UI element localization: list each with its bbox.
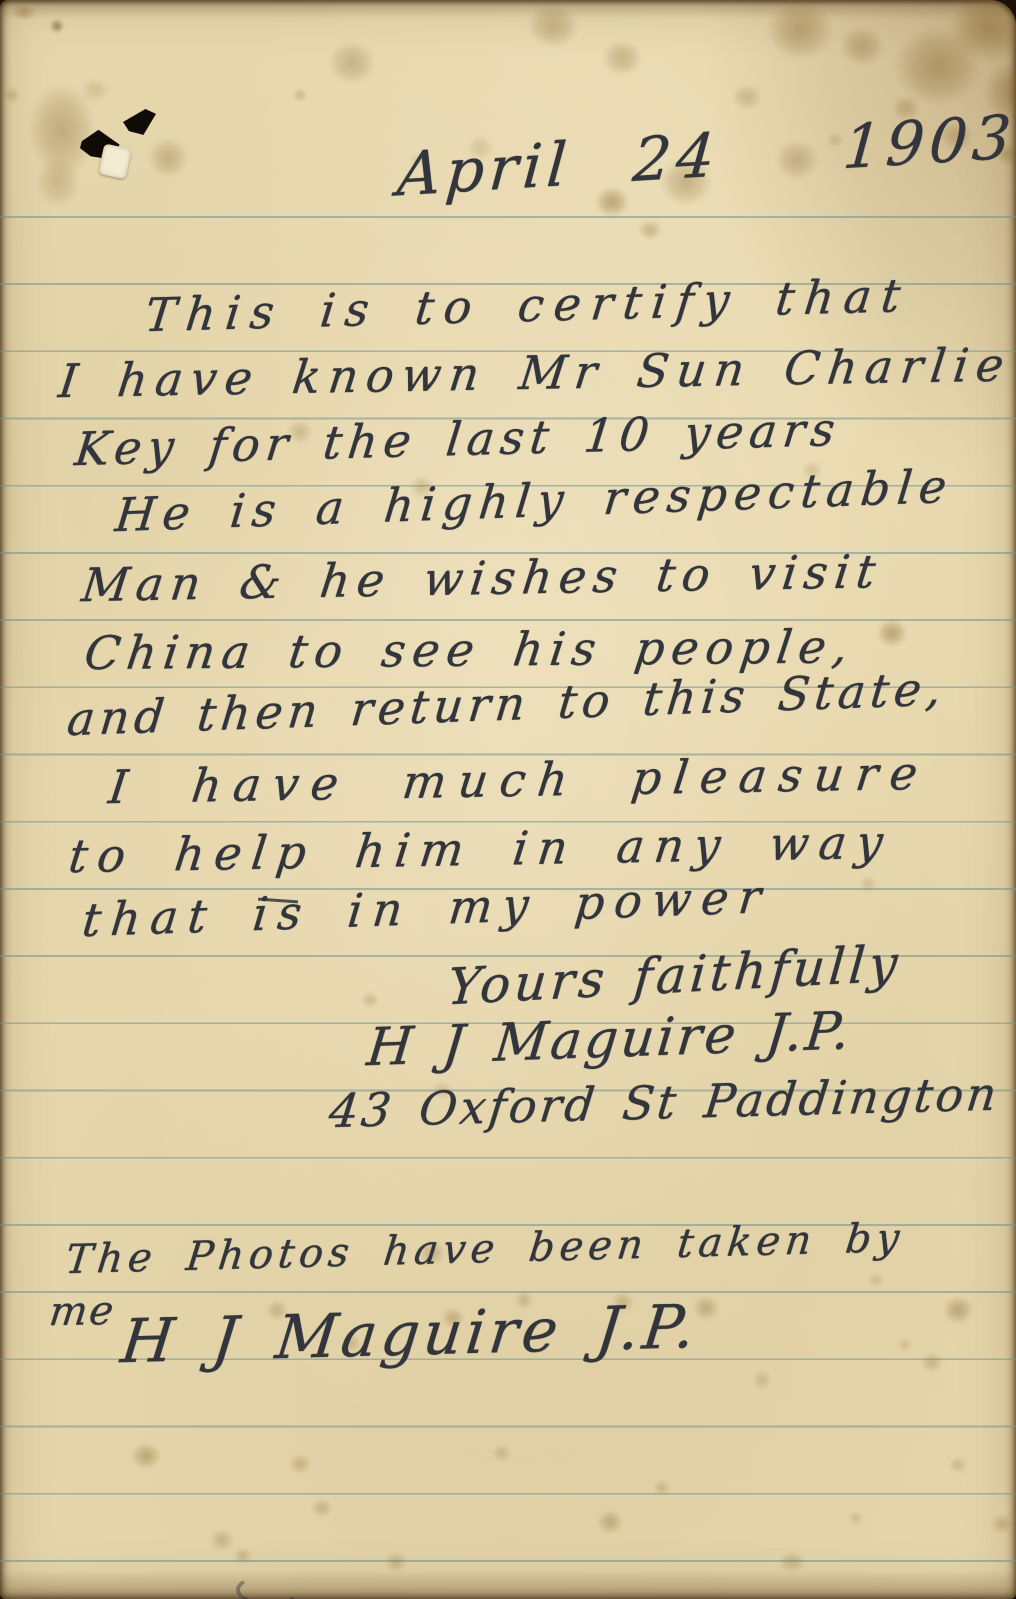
stain [312,1499,332,1517]
stain [848,1511,864,1525]
body-line-power: that is in my power [80,873,773,943]
body-line-respectable: He is a highly respectable [113,463,956,538]
postscript-signature: H J Maguire J.P. [118,1297,702,1372]
stain [732,84,762,110]
stain [949,1457,967,1473]
stain [877,619,907,647]
letter-page: April 24 1903 This is to certify that I … [0,0,1016,1599]
stain [81,78,109,102]
body-line-pleasure: I have much pleasure [106,750,932,810]
stain [638,220,662,240]
body-line-certify: This is to certify that [143,272,913,338]
stain [653,1480,671,1496]
address-line: 43 Oxford St Paddington [327,1070,1002,1134]
stain [4,87,20,103]
stain [328,41,376,85]
stain [148,138,188,178]
tear-hole-small [123,109,156,136]
stain [894,26,982,106]
postscript-line-1: The Photos have been taken by [63,1218,906,1280]
stain [234,1548,252,1564]
stain [840,26,884,66]
stain [766,0,834,60]
stain [385,1552,407,1572]
stain [898,1338,912,1352]
stain [36,156,80,208]
stain [293,88,307,102]
stain [868,1273,884,1287]
stain [991,1514,1013,1534]
stain [12,4,36,20]
stain [943,1296,973,1324]
body-line-years: Key for the last 10 years [73,406,843,472]
postscript-line-2: me [47,1291,118,1332]
stain [948,0,1016,62]
stain [50,19,64,33]
torn-paper-patch [98,143,132,179]
stain [779,1551,805,1573]
stain [210,1529,234,1551]
stain [131,1443,161,1469]
stain [28,82,96,178]
date-line: April 24 1903 [395,107,1016,205]
body-line-wishes: Man & he wishes to visit [79,548,884,608]
stain [753,1371,771,1389]
stain [527,4,579,48]
stain [921,1352,943,1372]
ink-mark [236,1574,302,1599]
signature-line: H J Maguire J.P. [365,1005,856,1074]
stain [597,1510,623,1534]
stain [361,992,379,1008]
stain [859,876,877,892]
stain [602,40,642,76]
stain [493,1445,511,1461]
body-line-known: I have known Mr Sun Charlie [56,341,1014,404]
stain [289,1454,311,1474]
